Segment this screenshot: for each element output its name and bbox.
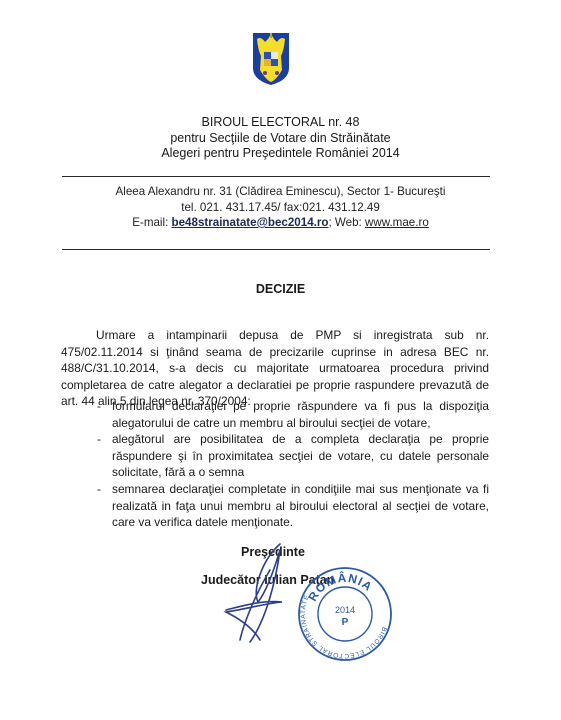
list-item: formularul declaraţiei pe proprie răspun… (61, 398, 489, 431)
stamp-letter: P (342, 617, 349, 628)
handwritten-signature-icon (222, 540, 302, 650)
stamp-year: 2014 (335, 605, 355, 615)
header-divider-top (62, 176, 490, 177)
election-name: Alegeri pentru Preşedintele României 201… (0, 146, 561, 162)
official-stamp: ROMÂNIA BIROUL ELECTORAL STRAINATATE 201… (297, 566, 393, 662)
romanian-coat-of-arms-icon (251, 30, 291, 86)
svg-text:ROMÂNIA: ROMÂNIA (305, 570, 375, 604)
phone-fax: tel. 021. 431.17.45/ fax:021. 431.12.49 (0, 200, 561, 216)
address: Aleea Alexandru nr. 31 (Clădirea Eminesc… (0, 184, 561, 200)
email-web-line: E-mail: be48strainatate@bec2014.ro; Web:… (0, 215, 561, 231)
email-label: E-mail: (132, 216, 171, 229)
web-link[interactable]: www.mae.ro (365, 216, 429, 229)
email-link[interactable]: be48strainatate@bec2014.ro (172, 216, 329, 229)
web-label: ; Web: (328, 216, 365, 229)
stamp-top-text: ROMÂNIA (305, 570, 375, 604)
header-divider-bottom (62, 249, 490, 250)
list-item: alegătorul are posibilitatea de a comple… (61, 431, 489, 481)
office-subtitle: pentru Secţiile de Votare din Străinătat… (0, 131, 561, 147)
procedure-list: formularul declaraţiei pe proprie răspun… (61, 398, 489, 531)
document-title: DECIZIE (0, 282, 561, 296)
office-name: BIROUL ELECTORAL nr. 48 (0, 115, 561, 131)
list-item: semnarea declaraţiei completate in condi… (61, 481, 489, 531)
contact-block: Aleea Alexandru nr. 31 (Clădirea Eminesc… (0, 184, 561, 231)
